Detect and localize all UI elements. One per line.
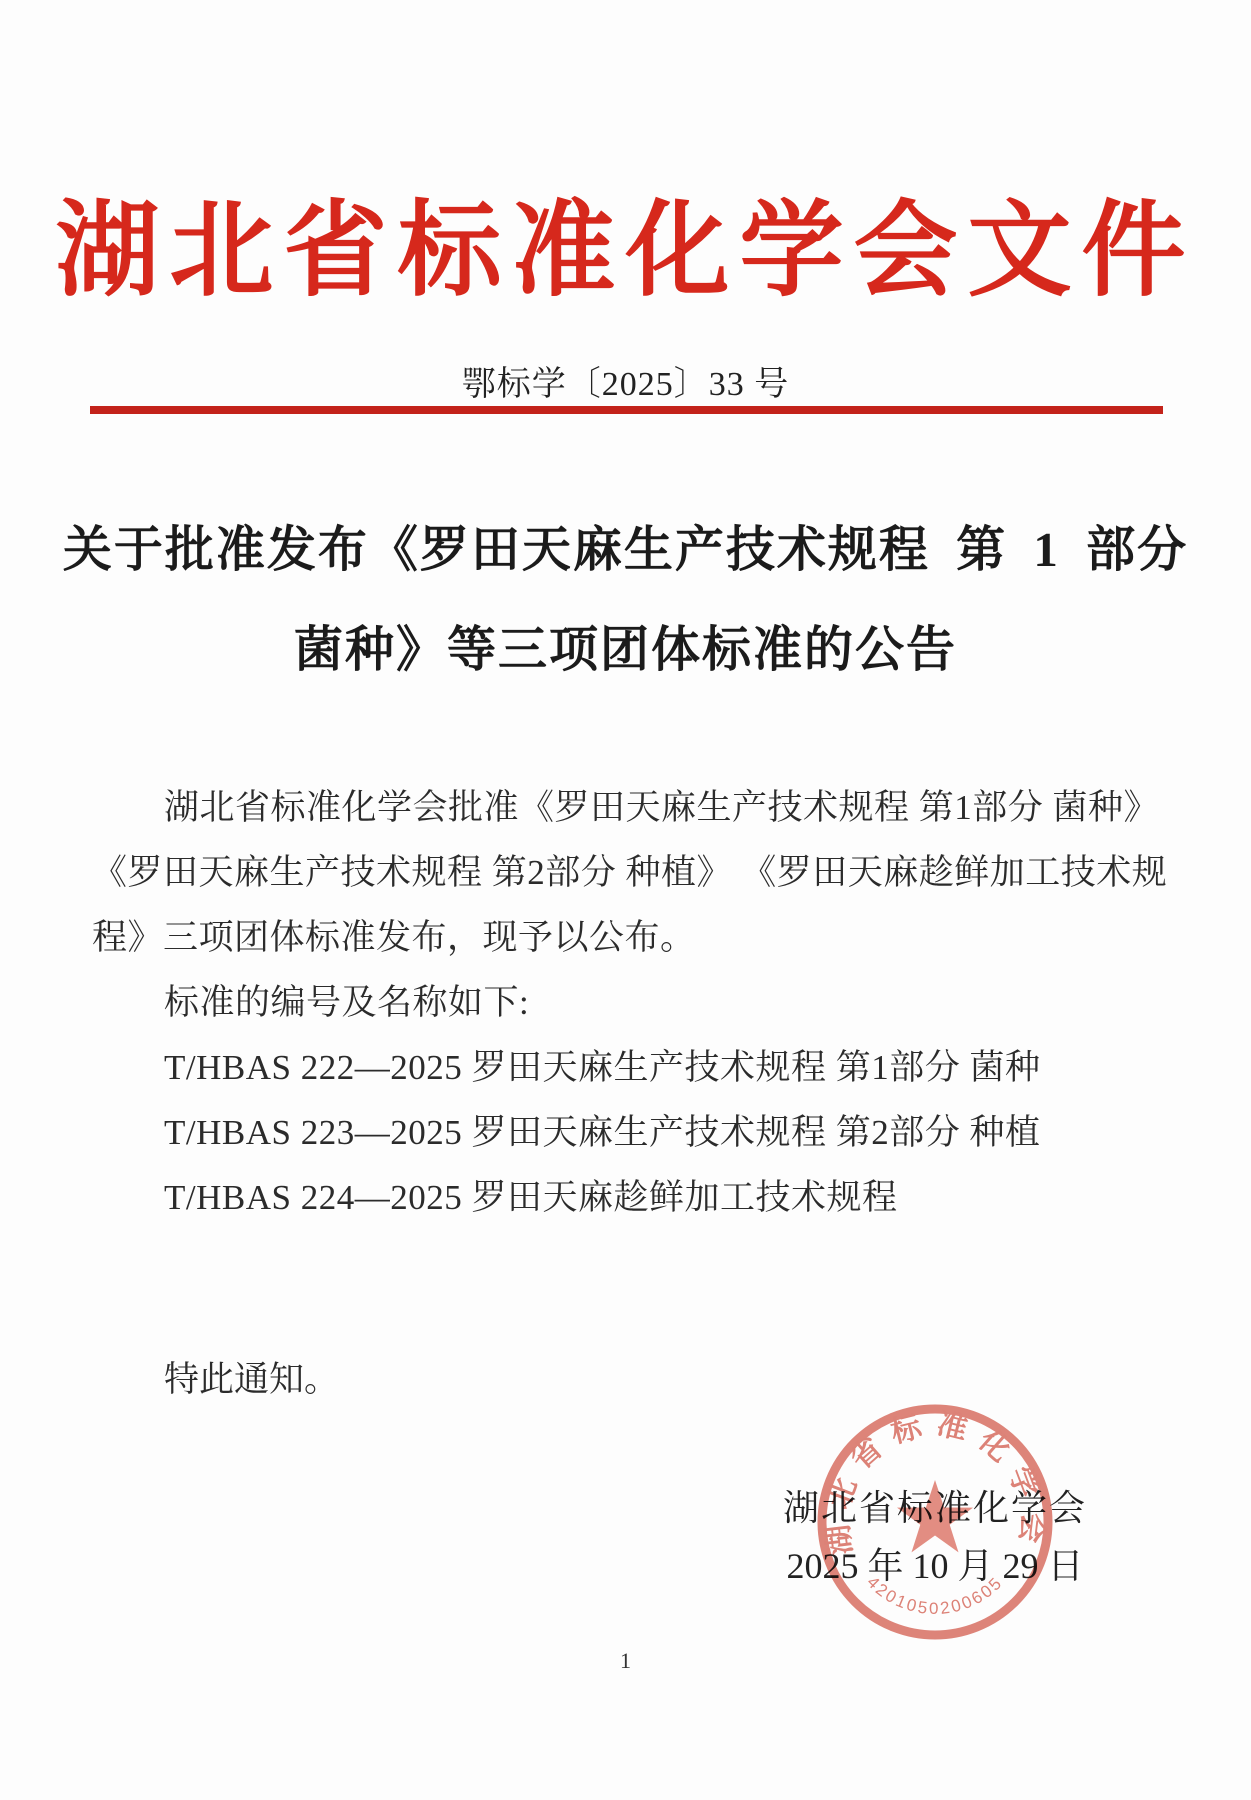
seal-code-text-path: 4201050200605 — [863, 1573, 1007, 1619]
document-page: 湖北省标准化学会文件 鄂标学〔2025〕33 号 关于批准发布《罗田天麻生产技术… — [0, 0, 1251, 1800]
red-header-rule — [90, 406, 1163, 414]
standard-item-line: T/HBAS 222—2025 罗田天麻生产技术规程 第1部分 菌种 — [92, 1035, 1164, 1100]
announcement-title-line2: 菌种》等三项团体标准的公告 — [60, 600, 1191, 700]
page-number: 1 — [0, 1648, 1251, 1674]
standard-item-line: T/HBAS 223—2025 罗田天麻生产技术规程 第2部分 种植 — [92, 1100, 1164, 1165]
body-line: 《罗田天麻生产技术规程 第2部分 种植》 《罗田天麻趁鲜加工技术规 — [92, 840, 1164, 905]
announcement-title-line1: 关于批准发布《罗田天麻生产技术规程 第 1 部分 — [60, 500, 1191, 600]
document-header-title: 湖北省标准化学会文件 — [0, 196, 1251, 308]
body-line: 标准的编号及名称如下: — [92, 970, 1164, 1035]
document-number: 鄂标学〔2025〕33 号 — [0, 356, 1251, 405]
body-line: 程》三项团体标准发布，现予以公布。 — [92, 905, 1164, 970]
official-seal: 湖北省标准化学会 4201050200605 — [803, 1390, 1067, 1654]
announcement-title: 关于批准发布《罗田天麻生产技术规程 第 1 部分 菌种》等三项团体标准的公告 — [60, 500, 1191, 700]
body-text: 湖北省标准化学会批准《罗田天麻生产技术规程 第1部分 菌种》 《罗田天麻生产技术… — [92, 775, 1164, 1230]
seal-code: 4201050200605 — [863, 1573, 1007, 1619]
star-icon — [897, 1480, 973, 1552]
body-line: 湖北省标准化学会批准《罗田天麻生产技术规程 第1部分 菌种》 — [92, 775, 1164, 840]
standard-item-line: T/HBAS 224—2025 罗田天麻趁鲜加工技术规程 — [92, 1165, 1164, 1230]
